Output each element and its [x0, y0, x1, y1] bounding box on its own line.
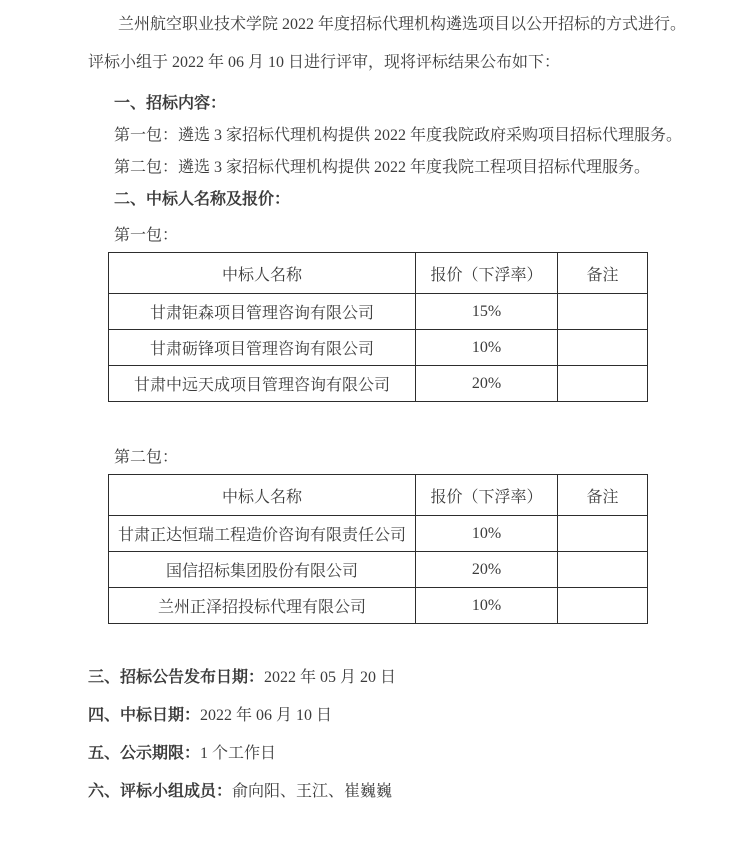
- winner-name-cell: 甘肃中远天成项目管理咨询有限公司: [109, 366, 416, 402]
- quote-rate-cell: 20%: [416, 552, 558, 588]
- package2-winners-table: 中标人名称 报价（下浮率） 备注 甘肃正达恒瑞工程造价咨询有限责任公司 10% …: [108, 474, 648, 624]
- footer-value: 2022 年 06 月 10 日: [200, 707, 332, 724]
- table-row: 甘肃钜森项目管理咨询有限公司 15%: [109, 294, 648, 330]
- remarks-cell: [558, 294, 648, 330]
- footer-label: 四、中标日期：: [88, 707, 200, 724]
- footer-item-publicity-period: 五、公示期限：1 个工作日: [88, 742, 754, 766]
- footer-value: 2022 年 05 月 20 日: [264, 669, 396, 686]
- footer-label: 五、公示期限：: [88, 745, 200, 762]
- column-header-remarks: 备注: [558, 475, 648, 516]
- table-row: 甘肃中远天成项目管理咨询有限公司 20%: [109, 366, 648, 402]
- column-header-winner-name: 中标人名称: [109, 475, 416, 516]
- footer-item-announce-date: 三、招标公告发布日期：2022 年 05 月 20 日: [88, 666, 754, 690]
- winner-name-cell: 甘肃钜森项目管理咨询有限公司: [109, 294, 416, 330]
- footer-item-evaluation-members: 六、评标小组成员：俞向阳、王江、崔巍巍: [88, 780, 754, 804]
- column-header-winner-name: 中标人名称: [109, 253, 416, 294]
- intro-line-1: 兰州航空职业技术学院 2022 年度招标代理机构遴选项目以公开招标的方式进行。: [88, 6, 754, 44]
- section2-heading: 二、中标人名称及报价：: [114, 184, 754, 216]
- remarks-cell: [558, 552, 648, 588]
- column-header-quote-rate: 报价（下浮率）: [416, 253, 558, 294]
- table-header-row: 中标人名称 报价（下浮率） 备注: [109, 475, 648, 516]
- footer-label: 三、招标公告发布日期：: [88, 669, 264, 686]
- table-row: 兰州正泽招投标代理有限公司 10%: [109, 588, 648, 624]
- column-header-quote-rate: 报价（下浮率）: [416, 475, 558, 516]
- quote-rate-cell: 15%: [416, 294, 558, 330]
- intro-paragraph: 兰州航空职业技术学院 2022 年度招标代理机构遴选项目以公开招标的方式进行。 …: [88, 6, 754, 82]
- table-row: 甘肃正达恒瑞工程造价咨询有限责任公司 10%: [109, 516, 648, 552]
- footer-label: 六、评标小组成员：: [88, 783, 232, 800]
- remarks-cell: [558, 516, 648, 552]
- footer-list: 三、招标公告发布日期：2022 年 05 月 20 日 四、中标日期：2022 …: [88, 666, 754, 804]
- winner-name-cell: 兰州正泽招投标代理有限公司: [109, 588, 416, 624]
- document-page: 兰州航空职业技术学院 2022 年度招标代理机构遴选项目以公开招标的方式进行。 …: [0, 0, 754, 850]
- footer-value: 1 个工作日: [200, 745, 276, 762]
- package1-winners-table: 中标人名称 报价（下浮率） 备注 甘肃钜森项目管理咨询有限公司 15% 甘肃砺锋…: [108, 252, 648, 402]
- remarks-cell: [558, 366, 648, 402]
- table-header-row: 中标人名称 报价（下浮率） 备注: [109, 253, 648, 294]
- package1-description: 第一包：遴选 3 家招标代理机构提供 2022 年度我院政府采购项目招标代理服务…: [114, 120, 754, 152]
- remarks-cell: [558, 330, 648, 366]
- column-header-remarks: 备注: [558, 253, 648, 294]
- winner-name-cell: 国信招标集团股份有限公司: [109, 552, 416, 588]
- footer-item-award-date: 四、中标日期：2022 年 06 月 10 日: [88, 704, 754, 728]
- quote-rate-cell: 10%: [416, 516, 558, 552]
- package2-description: 第二包：遴选 3 家招标代理机构提供 2022 年度我院工程项目招标代理服务。: [114, 152, 754, 184]
- table-row: 国信招标集团股份有限公司 20%: [109, 552, 648, 588]
- package2-table-label: 第二包：: [114, 446, 754, 470]
- winner-name-cell: 甘肃砺锋项目管理咨询有限公司: [109, 330, 416, 366]
- package1-table-label: 第一包：: [114, 224, 754, 248]
- quote-rate-cell: 10%: [416, 588, 558, 624]
- winner-name-cell: 甘肃正达恒瑞工程造价咨询有限责任公司: [109, 516, 416, 552]
- remarks-cell: [558, 588, 648, 624]
- quote-rate-cell: 10%: [416, 330, 558, 366]
- section1-heading: 一、招标内容：: [114, 88, 754, 120]
- table-row: 甘肃砺锋项目管理咨询有限公司 10%: [109, 330, 648, 366]
- quote-rate-cell: 20%: [416, 366, 558, 402]
- intro-line-2: 评标小组于 2022 年 06 月 10 日进行评审，现将评标结果公布如下：: [88, 44, 754, 82]
- footer-value: 俞向阳、王江、崔巍巍: [232, 783, 392, 800]
